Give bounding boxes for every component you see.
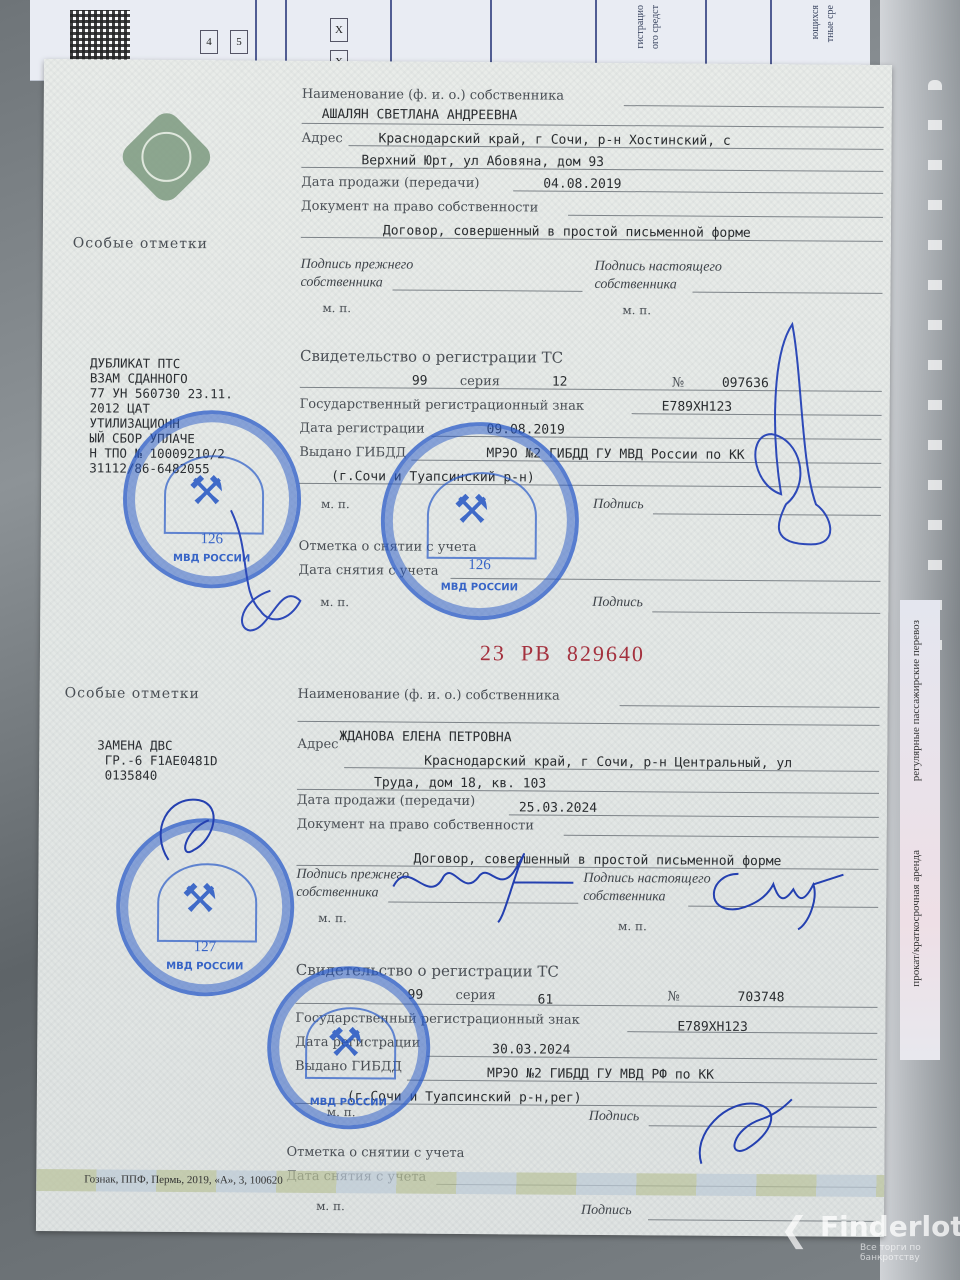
series-label: серия: [456, 988, 496, 1003]
owner-name-label: Наименование (ф. и. о.) собственника: [298, 687, 560, 704]
number-label: №: [668, 989, 680, 1004]
special-marks-label: Особые отметки: [65, 685, 200, 702]
address-label: Адрес: [302, 131, 343, 146]
ownership-doc-label: Документ на право собственности: [297, 817, 534, 834]
seal-placeholder: м. п.: [316, 1199, 345, 1213]
owner-name-label: Наименование (ф. и. о.) собственника: [302, 87, 564, 104]
number-label: №: [672, 375, 684, 390]
printer-imprint: Гознак, ППФ, Пермь, 2019, «А», 3, 100620: [84, 1173, 283, 1186]
reg-cert-series: 12: [552, 375, 568, 390]
owner-name: ЖДАНОВА ЕЛЕНА ПЕТРОВНА: [339, 729, 511, 745]
form-rotated-text: гистрацио: [635, 5, 646, 49]
gibdd-stamp: ⚒ МВД РОССИИ: [267, 966, 431, 1130]
form-cell: 4: [200, 30, 218, 54]
finderlot-watermark: ❮ Finderlot Все торги по банкротству: [820, 1210, 960, 1263]
signature-label: Подпись: [581, 1203, 632, 1219]
issued-by-label: Выдано ГИБДД: [299, 445, 406, 461]
vehicle-passport-page: Особые отметки ДУБЛИКАТ ПТС ВЗАМ СДАННОГ…: [36, 59, 892, 1237]
cur-owner-signature-label: собственника: [594, 277, 676, 294]
form-rotated-text: ого средст: [650, 5, 661, 49]
signature-mark: [210, 500, 321, 641]
signature-label: Подпись: [592, 595, 643, 611]
prev-owner-signature-label: собственника: [300, 275, 382, 292]
signature-mark: [686, 1094, 797, 1175]
finderlot-logo-icon: ❮: [780, 1210, 809, 1250]
signature-mark: [731, 314, 853, 565]
cur-owner-signature-label: Подпись настоящего: [595, 259, 722, 276]
stamp-text: МВД РОССИИ: [120, 961, 290, 973]
plate-label: Государственный регистрационный знак: [300, 397, 584, 414]
form-cell: Х: [330, 18, 348, 42]
series-label: серия: [460, 374, 500, 389]
reg-cert-number: 703748: [738, 990, 785, 1005]
qr-code: [70, 10, 130, 65]
reg-cert-label: Свидетельство о регистрации ТС: [300, 347, 563, 367]
cur-owner-signature-label: собственника: [583, 889, 665, 906]
address-label: Адрес: [297, 737, 338, 752]
side-strip-text: прокат/краткосрочная аренда: [910, 850, 922, 987]
hammer-wrench-emblem-icon: ⚒: [181, 876, 217, 922]
stamp-number: 126: [385, 557, 575, 575]
form-rotated-text: тные сре: [825, 5, 836, 42]
reg-cert-region: 99: [412, 374, 428, 389]
deregistration-label: Отметка о снятии с учета: [286, 1145, 464, 1161]
seal-placeholder: м. п.: [618, 919, 647, 933]
side-strip-text: регулярные пассажирские перевоз: [910, 620, 922, 781]
stamp-number: 127: [120, 939, 290, 957]
signature-label: Подпись: [593, 497, 644, 513]
watermark-tagline: Все торги по банкротству: [860, 1243, 960, 1263]
signature-label: Подпись: [589, 1109, 640, 1125]
prev-owner-signature-label: собственника: [296, 885, 378, 902]
side-form-strip: регулярные пассажирские перевоз прокат/к…: [900, 600, 940, 1060]
passport-serial-number: 23 РВ 829640: [480, 640, 645, 667]
seal-placeholder: м. п.: [320, 595, 349, 609]
owner-name: АШАЛЯН СВЕТЛАНА АНДРЕЕВНА: [322, 107, 518, 123]
sale-date-label: Дата продажи (передачи): [301, 175, 479, 191]
seal-placeholder: м. п.: [622, 303, 651, 317]
gibdd-stamp: ⚒ 126 МВД РОССИИ: [380, 421, 579, 620]
signature-mark: [388, 836, 579, 927]
seal-placeholder: м. п.: [322, 301, 351, 315]
hammer-wrench-emblem-icon: ⚒: [327, 1020, 363, 1066]
ownership-doc-label: Документ на право собственности: [301, 199, 538, 216]
watermark-brand: Finderlot: [820, 1210, 960, 1243]
seal-placeholder: м. п.: [318, 911, 347, 925]
form-cell: 5: [230, 30, 248, 54]
hammer-wrench-emblem-icon: ⚒: [453, 487, 489, 533]
prev-owner-signature-label: Подпись прежнего: [301, 257, 414, 274]
cur-owner-signature-label: Подпись настоящего: [583, 871, 710, 888]
sale-date-label: Дата продажи (передачи): [297, 793, 475, 809]
reg-date-label: Дата регистрации: [299, 421, 424, 437]
stamp-text: МВД РОССИИ: [271, 1097, 426, 1109]
stamp-text: МВД РОССИИ: [384, 581, 574, 593]
signature-mark: [138, 790, 229, 871]
form-rotated-text: ющихся: [810, 5, 821, 39]
security-rosette-icon: [117, 107, 216, 206]
seal-placeholder: м. п.: [321, 497, 350, 511]
special-marks-text: ЗАМЕНА ДВС ГР.-6 F1AE0481D 0135840: [97, 737, 218, 783]
special-marks-label: Особые отметки: [73, 235, 208, 252]
signature-mark: [698, 854, 849, 935]
